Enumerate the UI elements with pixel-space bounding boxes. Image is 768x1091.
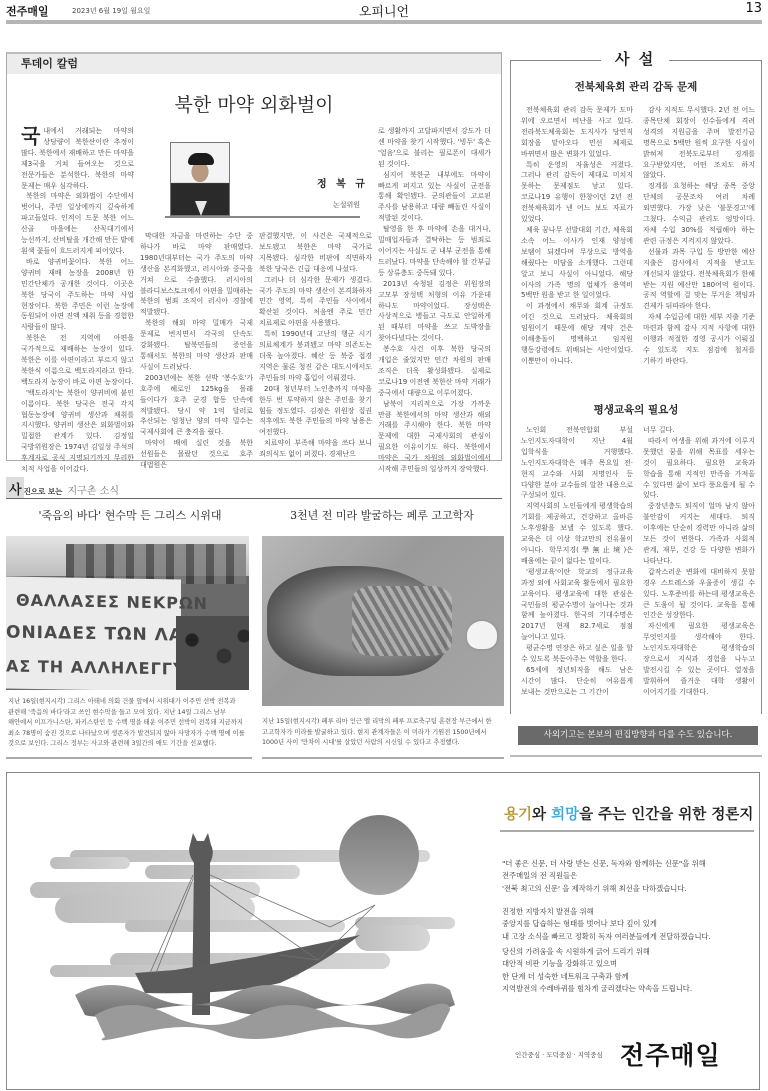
today-column-title: 북한 마약 외화벌이 bbox=[7, 90, 501, 117]
author-name: 정 복 규 bbox=[317, 175, 368, 190]
editorial-1-col-2: 감사 지적도 무시했다. 2년 전 어느 종목단체 회장이 선수들에게 격려 성… bbox=[643, 105, 755, 367]
editorial-title-2: 평생교육의 필요성 bbox=[511, 402, 761, 417]
caption-peru: 지난 15일(현지시각) 페루 리마 인근 엘 리막의 페루 프로축구팀 훈련장… bbox=[262, 717, 506, 749]
photo-news-header: 사진으로 보는 지구촌 소식 bbox=[6, 477, 502, 499]
author-divider bbox=[165, 216, 360, 218]
caption-divider-right bbox=[262, 757, 504, 759]
editorial-2-col-1: 노인회 전북연합회 부설 노인지도자대학이 지난 4월 입학식을 거행했다. 노… bbox=[521, 425, 633, 698]
editorial-bottom-divider bbox=[510, 755, 762, 757]
author-photo bbox=[170, 142, 230, 216]
waves-icon bbox=[75, 984, 455, 1041]
author-role: 논설위원 bbox=[333, 200, 360, 210]
ad-logo: 전주매일 bbox=[620, 1036, 721, 1072]
peru-mummy-photo bbox=[262, 536, 504, 706]
caption-divider-left bbox=[6, 757, 252, 759]
greece-protest-photo: ΘΑΛΛΑΣΕΣ ΝΕΚΡΩΝ ΟΝΙΑΔΕΣ ΤΩΝ ΛΑΩΝ ΑΣ ΤΗ Α… bbox=[6, 536, 249, 690]
column-text-3: 판결했지만, 이 사건은 국제적으로 보도됐고 북한은 마약 국가로 지목됐다.… bbox=[259, 231, 372, 460]
ad-slogan: 인간중심 · 도덕중심 · 지역중심 bbox=[515, 1050, 603, 1059]
editorial-2-col-2: 너무 길다. 따라서 여생을 위해 과거에 이루지 못했던 꿈을 위해 목표를 … bbox=[643, 425, 755, 698]
column-text-1: 국내에서 거래되는 마약의 상당량이 북한산이란 추정이 많다. 북한에서 재배… bbox=[21, 126, 134, 475]
editorial-label: 사 설 bbox=[601, 48, 669, 69]
column-text-4: 로 생활까지 고달파지면서 강도가 더 센 마약을 찾기 시작했다. '빙두' … bbox=[378, 126, 491, 475]
editorial-1-col-1: 전북체육회 관리 감독 문제가 도마 위에 오르면서 비난을 사고 있다. 전라… bbox=[521, 105, 633, 367]
photo-title-peru: 3천년 전 미라 발굴하는 페루 고고학자 bbox=[258, 507, 506, 523]
column-text-2: 막대한 자금을 마련하는 수단 중 하나가 바로 마약 판매였다. 1980년대… bbox=[140, 231, 253, 471]
page-number: 13 bbox=[745, 1, 762, 16]
today-column: 투데이 칼럼 북한 마약 외화벌이 국내에서 거래되는 마약의 상당량이 북한산… bbox=[6, 52, 502, 461]
photo-news-header-initial: 사 bbox=[6, 477, 24, 498]
ship-illustration bbox=[30, 805, 470, 1055]
caption-greece: 지난 16일(현지시각) 그리스 아테네 의회 건물 앞에서 시위대가 이주민 … bbox=[8, 697, 252, 750]
ad-paragraph-3: 당신의 가려움을 속 시원하게 긁어 드리기 위해 대안적 비판 기능을 강화하… bbox=[502, 946, 692, 996]
ad-headline: 용기와 희망을 주는 인간을 위한 정론지 bbox=[504, 803, 753, 824]
editorial-title-1: 전북체육회 관리 감독 문제 bbox=[511, 79, 761, 94]
ad-paragraph-1: "더 좋은 신문, 더 사랑 받는 신문, 독자와 함께하는 신문"을 위해 전… bbox=[502, 858, 706, 895]
ad-paragraph-2: 진정한 지방자치 발전을 위해 중앙지를 답습하는 형태를 벗어나 보다 깊이 … bbox=[502, 906, 711, 943]
editorial-section: 사 설 전북체육회 관리 감독 문제 전북체육회 관리 감독 문제가 도마 위에… bbox=[510, 60, 762, 714]
masthead-divider bbox=[6, 20, 762, 24]
section-title: 오피니언 bbox=[6, 1, 762, 20]
ad-headline-divider bbox=[500, 830, 754, 832]
dropcap: 국 bbox=[21, 126, 40, 146]
contribution-notice: 사외기고는 본보의 편집방향과 다를 수도 있습니다. bbox=[518, 726, 758, 745]
today-column-header: 투데이 칼럼 bbox=[7, 54, 501, 74]
sun-icon bbox=[339, 815, 419, 895]
masthead: 전주매일 2023년 6월 19일 월요일 오피니언 13 bbox=[6, 0, 762, 22]
photo-title-greece: '죽음의 바다' 현수막 든 그리스 시위대 bbox=[6, 507, 254, 523]
